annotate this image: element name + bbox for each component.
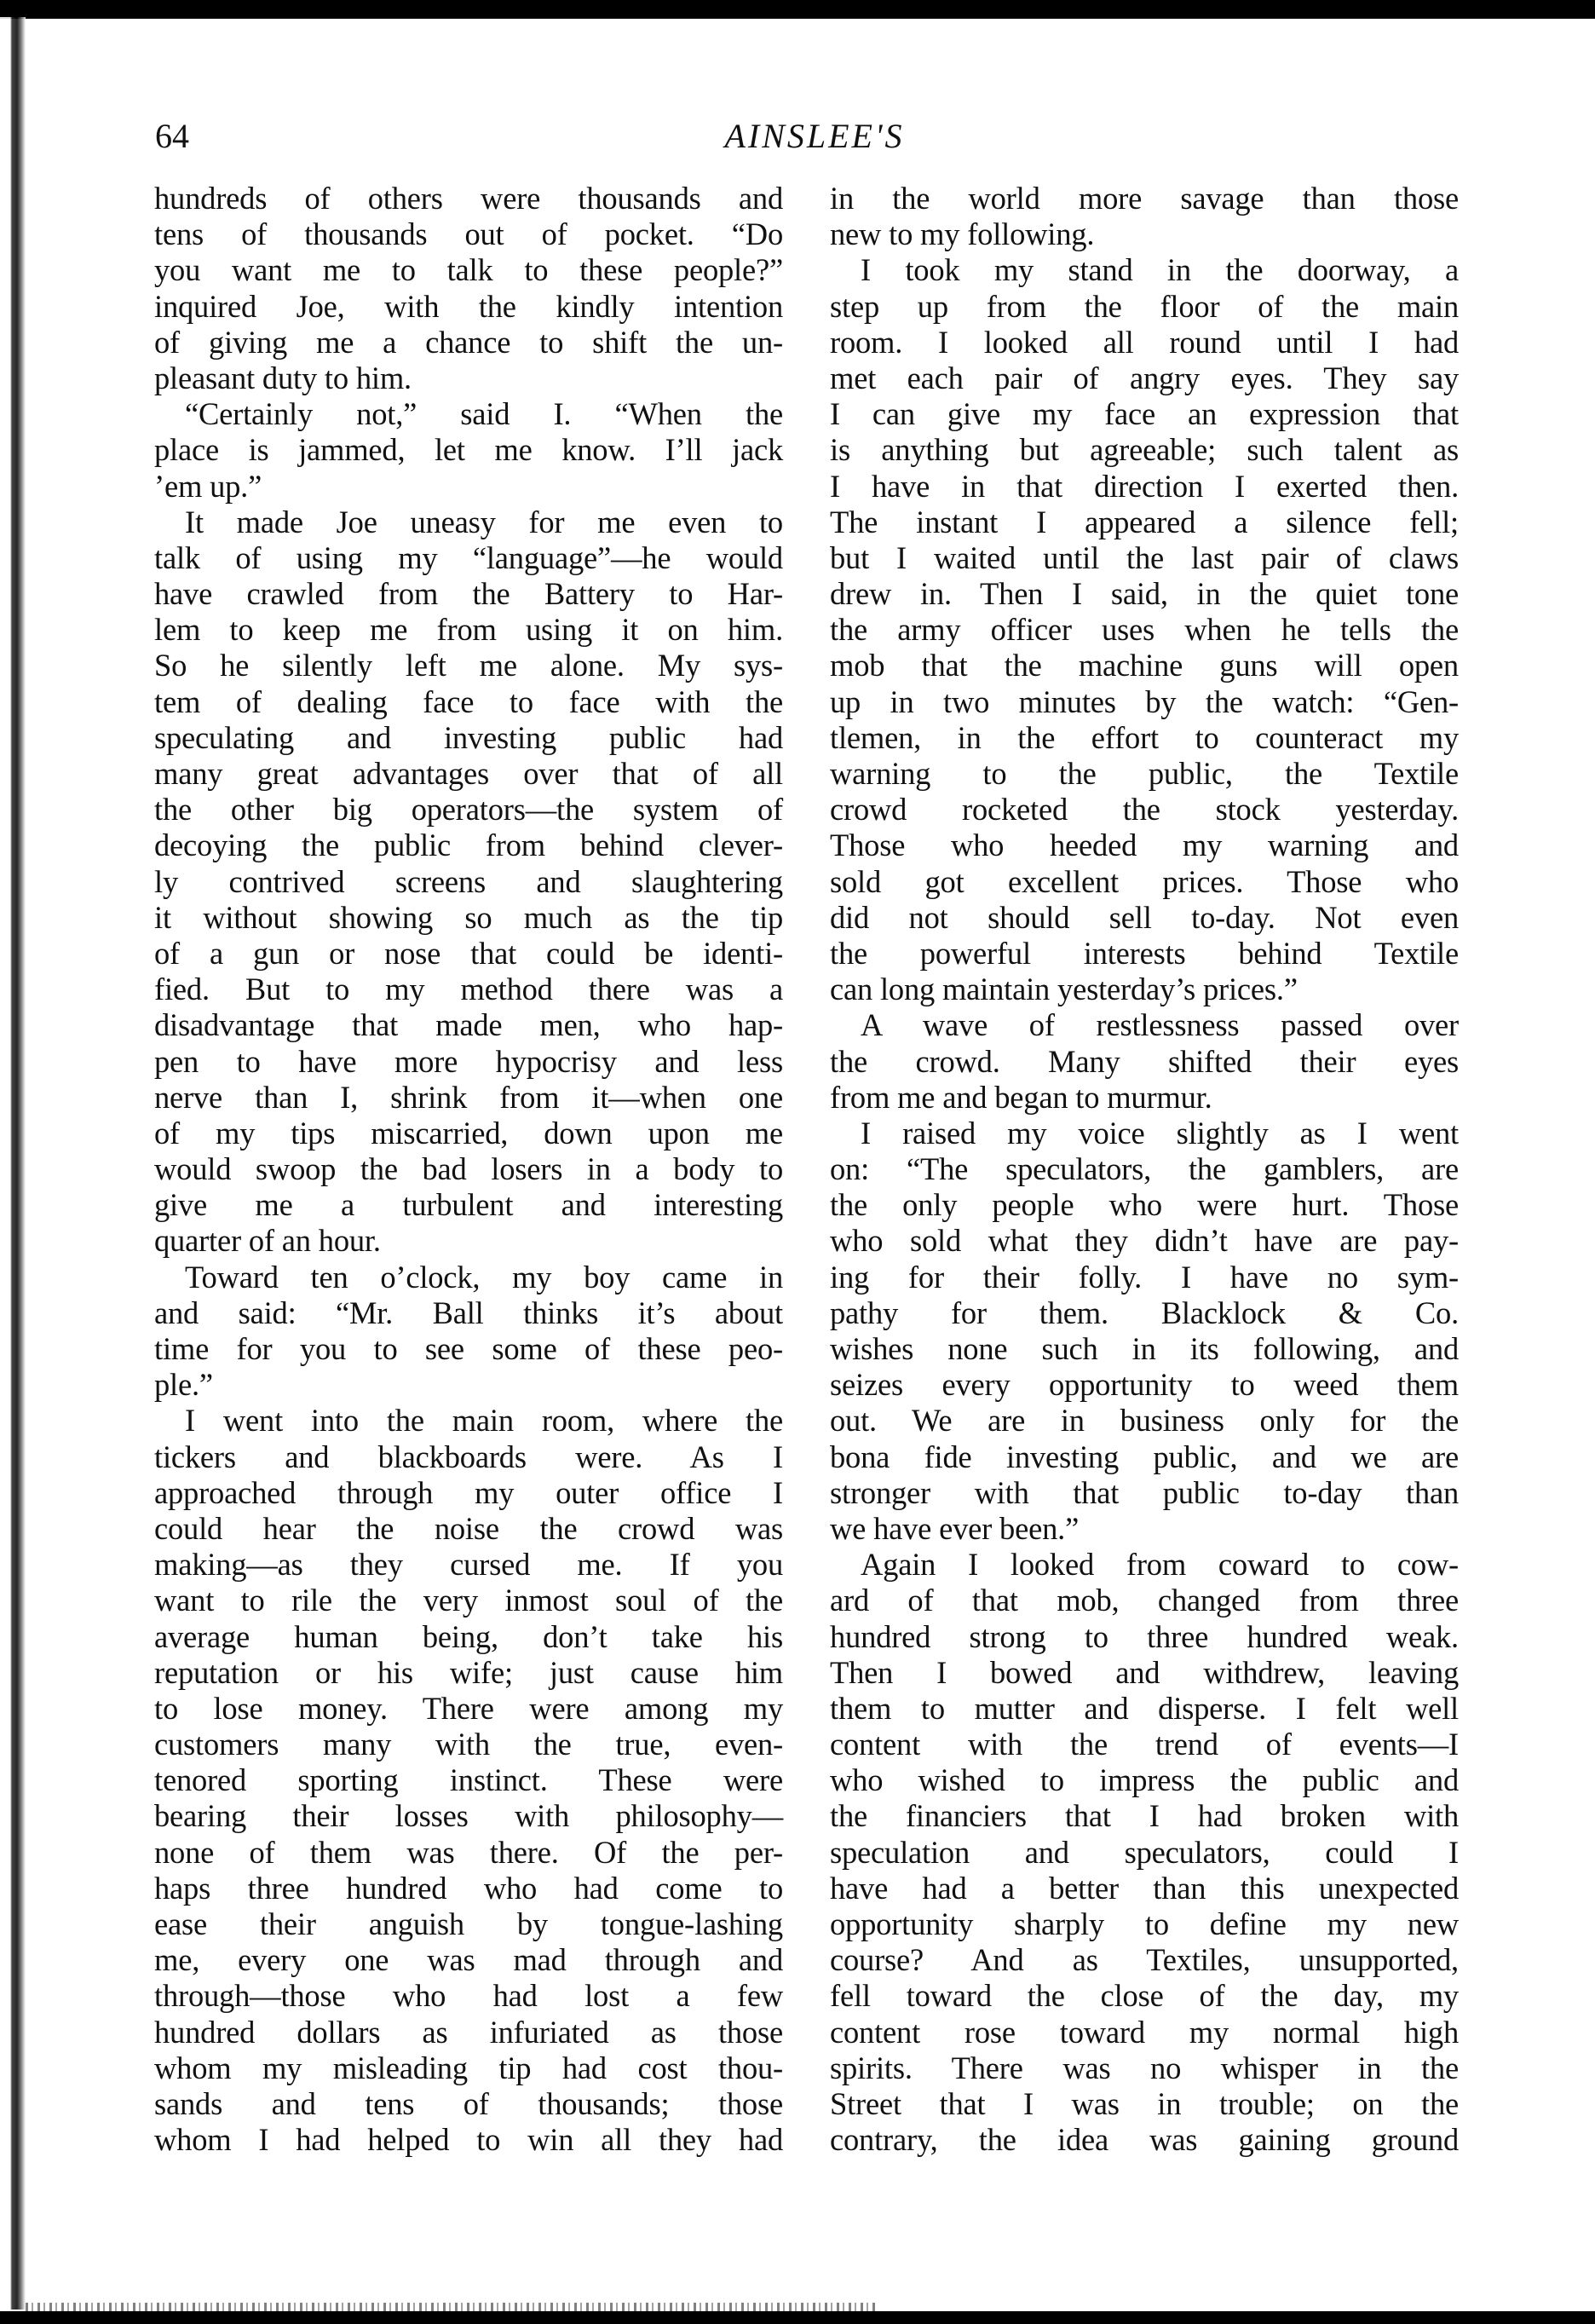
text-line: could hear the noise the crowd was <box>154 1511 783 1547</box>
text-line: I raised my voice slightly as I went <box>830 1116 1459 1151</box>
text-line: you want me to talk to these people?” <box>154 252 783 288</box>
text-line: have crawled from the Battery to Har- <box>154 576 783 612</box>
text-line: sold got excellent prices. Those who <box>830 864 1459 900</box>
right-text-column: in the world more savage than thosenew t… <box>830 181 1459 2158</box>
text-line: pleasant duty to him. <box>154 360 783 396</box>
text-line: through—those who had lost a few <box>154 1978 783 2014</box>
text-line: Toward ten o’clock, my boy came in <box>154 1260 783 1295</box>
text-line: it without showing so much as the tip <box>154 900 783 936</box>
text-line: stronger with that public to-day than <box>830 1475 1459 1511</box>
text-line: up in two minutes by the watch: “Gen- <box>830 684 1459 720</box>
text-line: the other big operators—the system of <box>154 792 783 828</box>
scan-bottom-noise <box>26 2303 878 2311</box>
text-line: ple.” <box>154 1367 783 1403</box>
text-line: Street that I was in trouble; on the <box>830 2086 1459 2122</box>
text-line: talk of using my “language”—he would <box>154 540 783 576</box>
text-line: The instant I appeared a silence fell; <box>830 505 1459 540</box>
text-line: out. We are in business only for the <box>830 1403 1459 1439</box>
text-line: time for you to see some of these peo- <box>154 1331 783 1367</box>
text-line: content with the trend of events—I <box>830 1727 1459 1762</box>
scan-binding-edge <box>0 17 26 2310</box>
text-line: pen to have more hypocrisy and less <box>154 1044 783 1080</box>
text-line: nerve than I, shrink from it—when one <box>154 1080 783 1116</box>
text-line: drew in. Then I said, in the quiet tone <box>830 576 1459 612</box>
text-line: content rose toward my normal high <box>830 2015 1459 2050</box>
text-line: the powerful interests behind Textile <box>830 936 1459 972</box>
text-line: tlemen, in the effort to counteract my <box>830 720 1459 756</box>
text-line: have had a better than this unexpected <box>830 1871 1459 1906</box>
text-line: customers many with the true, even- <box>154 1727 783 1762</box>
text-line: wishes none such in its following, and <box>830 1331 1459 1367</box>
text-line: ing for their folly. I have no sym- <box>830 1260 1459 1295</box>
text-line: who wished to impress the public and <box>830 1762 1459 1798</box>
text-line: give me a turbulent and interesting <box>154 1187 783 1223</box>
text-line: speculation and speculators, could I <box>830 1835 1459 1871</box>
text-line: I can give my face an expression that <box>830 396 1459 432</box>
text-line: spirits. There was no whisper in the <box>830 2050 1459 2086</box>
text-line: tens of thousands out of pocket. “Do <box>154 216 783 252</box>
text-line: opportunity sharply to define my new <box>830 1906 1459 1942</box>
text-line: I have in that direction I exerted then. <box>830 469 1459 505</box>
text-line: to lose money. There were among my <box>154 1691 783 1727</box>
text-line: So he silently left me alone. My sys- <box>154 648 783 683</box>
text-line: room. I looked all round until I had <box>830 325 1459 360</box>
text-line: Then I bowed and withdrew, leaving <box>830 1655 1459 1691</box>
text-line: hundred dollars as infuriated as those <box>154 2015 783 2050</box>
text-line: contrary, the idea was gaining ground <box>830 2122 1459 2158</box>
text-line: me, every one was mad through and <box>154 1942 783 1978</box>
text-line: approached through my outer office I <box>154 1475 783 1511</box>
text-line: A wave of restlessness passed over <box>830 1007 1459 1043</box>
text-line: did not should sell to-day. Not even <box>830 900 1459 936</box>
text-line: tem of dealing face to face with the <box>154 684 783 720</box>
text-line: sands and tens of thousands; those <box>154 2086 783 2122</box>
text-line: mob that the machine guns will open <box>830 648 1459 683</box>
text-line: and said: “Mr. Ball thinks it’s about <box>154 1295 783 1331</box>
text-line: tenored sporting instinct. These were <box>154 1762 783 1798</box>
text-line: I took my stand in the doorway, a <box>830 252 1459 288</box>
text-line: average human being, don’t take his <box>154 1619 783 1655</box>
text-line: haps three hundred who had come to <box>154 1871 783 1906</box>
text-line: the financiers that I had broken with <box>830 1798 1459 1834</box>
text-line: of giving me a chance to shift the un- <box>154 325 783 360</box>
text-line: can long maintain yesterday’s prices.” <box>830 972 1459 1007</box>
text-line: hundred strong to three hundred weak. <box>830 1619 1459 1655</box>
text-line: from me and began to murmur. <box>830 1080 1459 1116</box>
text-line: course? And as Textiles, unsupported, <box>830 1942 1459 1978</box>
text-line: lem to keep me from using it on him. <box>154 612 783 648</box>
text-line: ease their anguish by tongue-lashing <box>154 1906 783 1942</box>
text-line: the army officer uses when he tells the <box>830 612 1459 648</box>
text-line: ’em up.” <box>154 469 783 505</box>
text-line: decoying the public from behind clever- <box>154 828 783 863</box>
text-line: bona fide investing public, and we are <box>830 1439 1459 1475</box>
text-line: none of them was there. Of the per- <box>154 1835 783 1871</box>
text-line: inquired Joe, with the kindly intention <box>154 289 783 325</box>
text-line: fied. But to my method there was a <box>154 972 783 1007</box>
text-line: seizes every opportunity to weed them <box>830 1367 1459 1403</box>
text-line: them to mutter and disperse. I felt well <box>830 1691 1459 1727</box>
text-line: “Certainly not,” said I. “When the <box>154 396 783 432</box>
text-line: fell toward the close of the day, my <box>830 1978 1459 2014</box>
text-line: Again I looked from coward to cow- <box>830 1547 1459 1583</box>
text-line: met each pair of angry eyes. They say <box>830 360 1459 396</box>
text-line: tickers and blackboards were. As I <box>154 1439 783 1475</box>
running-head: 64 AINSLEE'S <box>0 111 1595 162</box>
text-line: the only people who were hurt. Those <box>830 1187 1459 1223</box>
text-line: place is jammed, let me know. I’ll jack <box>154 432 783 468</box>
text-line: I went into the main room, where the <box>154 1403 783 1439</box>
text-line: warning to the public, the Textile <box>830 756 1459 792</box>
text-line: many great advantages over that of all <box>154 756 783 792</box>
text-line: of my tips miscarried, down upon me <box>154 1116 783 1151</box>
text-line: reputation or his wife; just cause him <box>154 1655 783 1691</box>
text-line: hundreds of others were thousands and <box>154 181 783 216</box>
text-line: on: “The speculators, the gamblers, are <box>830 1151 1459 1187</box>
text-line: but I waited until the last pair of claw… <box>830 540 1459 576</box>
text-line: who sold what they didn’t have are pay- <box>830 1223 1459 1259</box>
text-line: whom I had helped to win all they had <box>154 2122 783 2158</box>
text-line: whom my misleading tip had cost thou- <box>154 2050 783 2086</box>
text-line: speculating and investing public had <box>154 720 783 756</box>
text-line: step up from the floor of the main <box>830 289 1459 325</box>
text-line: is anything but agreeable; such talent a… <box>830 432 1459 468</box>
text-line: bearing their losses with philosophy— <box>154 1798 783 1834</box>
scan-bottom-border <box>0 2311 1595 2324</box>
text-line: want to rile the very inmost soul of the <box>154 1583 783 1618</box>
text-line: disadvantage that made men, who hap- <box>154 1007 783 1043</box>
text-line: of a gun or nose that could be identi- <box>154 936 783 972</box>
text-line: making—as they cursed me. If you <box>154 1547 783 1583</box>
text-line: quarter of an hour. <box>154 1223 783 1259</box>
scan-top-border <box>0 0 1595 19</box>
left-text-column: hundreds of others were thousands andten… <box>154 181 783 2158</box>
text-line: we have ever been.” <box>830 1511 1459 1547</box>
text-line: in the world more savage than those <box>830 181 1459 216</box>
text-line: new to my following. <box>830 216 1459 252</box>
text-line: It made Joe uneasy for me even to <box>154 505 783 540</box>
text-line: ard of that mob, changed from three <box>830 1583 1459 1618</box>
text-line: pathy for them. Blacklock & Co. <box>830 1295 1459 1331</box>
text-line: Those who heeded my warning and <box>830 828 1459 863</box>
magazine-title: AINSLEE'S <box>0 111 1595 162</box>
text-line: crowd rocketed the stock yesterday. <box>830 792 1459 828</box>
text-line: the crowd. Many shifted their eyes <box>830 1044 1459 1080</box>
text-line: would swoop the bad losers in a body to <box>154 1151 783 1187</box>
text-line: ly contrived screens and slaughtering <box>154 864 783 900</box>
